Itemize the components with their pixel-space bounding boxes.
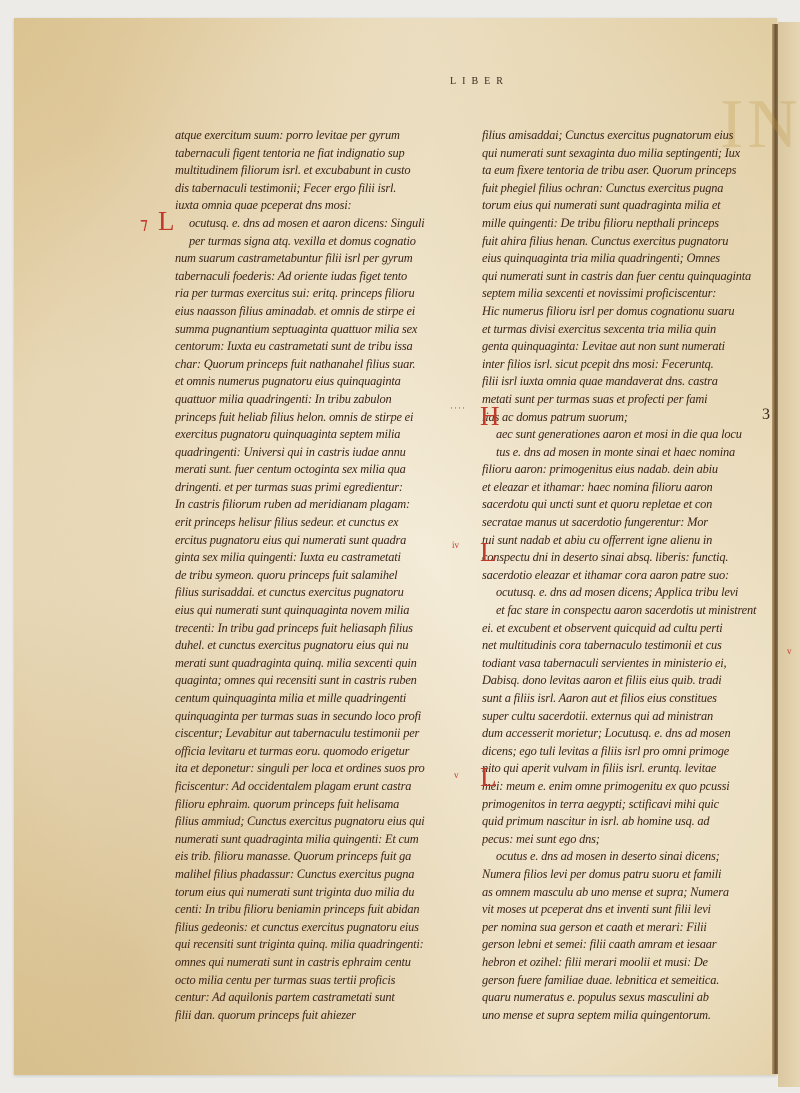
margin-ink-mark: 3 (762, 406, 770, 424)
text-line: fuit phegiel filius ochran: Cunctus exer… (482, 180, 762, 198)
text-line: filius ammiud; Cunctus exercitus pugnato… (175, 813, 465, 831)
text-line: centi: In tribu filioru beniamin princep… (175, 901, 465, 919)
text-line: Dabisq. dono levitas aaron et filiis eiu… (482, 672, 762, 690)
text-column-right: filius amisaddai; Cunctus exercitus pugn… (482, 127, 762, 1024)
text-line: nito qui aperit vulvam in filiis isrl. e… (482, 760, 762, 778)
running-head: LIBER (450, 76, 509, 87)
text-line: dicens; ego tuli levitas a filiis isrl p… (482, 743, 762, 761)
text-line: genta quinquaginta: Levitae aut non sunt… (482, 338, 762, 356)
text-line: ginta sex milia quingenti: Iuxta eu cast… (175, 549, 465, 567)
text-line: conspectu dni in deserto sinai absq. lib… (482, 549, 762, 567)
text-line: gerson fuere familiae duae. lebnitica et… (482, 972, 762, 990)
initial-H-right: H (480, 403, 500, 430)
text-line: filius gedeonis: et cunctus exercitus pu… (175, 919, 465, 937)
text-line: malihel filius phadassur: Cunctus exerci… (175, 866, 465, 884)
facing-page-edge (778, 22, 800, 1087)
text-line: et turmas divisi exercitus sexcenta tria… (482, 321, 762, 339)
text-line: ocutusq. e. dns ad mosen et aaron dicens… (175, 215, 465, 233)
text-line: quaru numeratus e. populus sexus masculi… (482, 989, 762, 1007)
text-line: summa pugnantium septuaginta quattuor mi… (175, 321, 465, 339)
text-line: net multitudinis cora tabernaculo testim… (482, 637, 762, 655)
text-line: et omnis numerus pugnatoru eius quinquag… (175, 373, 465, 391)
text-line: vit moses ut pceperat dns et inventi sun… (482, 901, 762, 919)
text-line: quaginta; omnes qui recensiti sunt in ca… (175, 672, 465, 690)
text-column-left: atque exercitum suum: porro levitae per … (175, 127, 465, 1024)
text-line: aec sunt generationes aaron et mosi in d… (482, 426, 762, 444)
text-line: uno mense et supra septem milia quingent… (482, 1007, 762, 1025)
text-line: num suarum castrametabuntur filii isrl p… (175, 250, 465, 268)
margin-mark-dots: ···· (450, 403, 466, 413)
text-line: quinquaginta per turmas suas in secundo … (175, 708, 465, 726)
margin-mark-v: v (454, 770, 459, 780)
text-line: centur: Ad aquilonis partem castrametati… (175, 989, 465, 1007)
initial-L-left: L (158, 208, 175, 235)
text-line: ria per turmas exercitus sui: eritq. pri… (175, 285, 465, 303)
text-line: septem milia sexcenti et novissimi profi… (482, 285, 762, 303)
text-line: lias ac domus patrum suorum; (482, 409, 762, 427)
text-line: filius amisaddai; Cunctus exercitus pugn… (482, 127, 762, 145)
text-line: exercitus pugnatoru quinquaginta septem … (175, 426, 465, 444)
text-line: ciscentur; Levabitur aut tabernaculu tes… (175, 725, 465, 743)
margin-mark-facing: v (787, 646, 792, 656)
text-line: fuit ahira filius henan. Cunctus exercit… (482, 233, 762, 251)
text-line: ei. et excubent et observent quicquid ad… (482, 620, 762, 638)
text-line: duhel. et cunctus exercitus pugnatoru ei… (175, 637, 465, 655)
text-line: dis tabernaculi testimonii; Fecer ergo f… (175, 180, 465, 198)
text-line: torum eius qui numerati sunt triginta du… (175, 884, 465, 902)
text-line: hebron et ozihel: filii merari moolii et… (482, 954, 762, 972)
text-line: multitudinem filiorum isrl. et excubabun… (175, 162, 465, 180)
text-line: eis trib. filioru manasse. Quorum prince… (175, 848, 465, 866)
text-line: erit princeps helisur filius sedeur. et … (175, 514, 465, 532)
text-line: princeps fuit heliab filius helon. omnis… (175, 409, 465, 427)
text-line: torum eius qui numerati sunt quadraginta… (482, 197, 762, 215)
text-line: ficiscentur: Ad occidentalem plagam erun… (175, 778, 465, 796)
margin-mark-iv: iv (452, 540, 459, 550)
text-line: tabernaculi figent tentoria ne fiat indi… (175, 145, 465, 163)
text-line: In castris filiorum ruben ad meridianam … (175, 496, 465, 514)
text-line: quattuor milia quadringenti: In tribu za… (175, 391, 465, 409)
text-line: metati sunt per turmas suas et profecti … (482, 391, 762, 409)
text-line: eius quinquaginta tria milia quadringent… (482, 250, 762, 268)
text-line: secratae manus ut sacerdotio fungerentur… (482, 514, 762, 532)
text-line: filioru aaron: primogenitus eius nadab. … (482, 461, 762, 479)
text-line: tus e. dns ad mosen in monte sinai et ha… (482, 444, 762, 462)
text-line: iuxta omnia quae pceperat dns mosi: (175, 197, 465, 215)
text-line: quid primum nascitur in isrl. ab homine … (482, 813, 762, 831)
text-line: mei: meum e. enim omne primogenitu ex qu… (482, 778, 762, 796)
text-line: pecus: mei sunt ego dns; (482, 831, 762, 849)
text-line: qui numerati sunt sexaginta duo milia se… (482, 145, 762, 163)
text-line: omnes qui numerati sunt in castris ephra… (175, 954, 465, 972)
text-line: atque exercitum suum: porro levitae per … (175, 127, 465, 145)
text-line: eius qui numerati sunt quinquaginta nove… (175, 602, 465, 620)
text-line: merati sunt quadraginta quinq. milia sex… (175, 655, 465, 673)
text-line: sacerdotu qui uncti sunt et quoru replet… (482, 496, 762, 514)
text-line: de tribu symeon. quoru princeps fuit sal… (175, 567, 465, 585)
text-line: eius naasson filius aminadab. et omnis d… (175, 303, 465, 321)
text-line: quadringenti: Universi qui in castris iu… (175, 444, 465, 462)
text-line: tabernaculi foederis: Ad oriente iudas f… (175, 268, 465, 286)
text-line: as omnem masculu ab uno mense et supra; … (482, 884, 762, 902)
text-line: filii dan. quorum princeps fuit ahiezer (175, 1007, 465, 1025)
text-line: dum accesserit morietur; Locutusq. e. dn… (482, 725, 762, 743)
text-line: ercitus pugnatoru eius qui numerati sunt… (175, 532, 465, 550)
text-line: inter filios isrl. sicut pcepit dns mosi… (482, 356, 762, 374)
text-line: qui recensiti sunt triginta quinq. milia… (175, 936, 465, 954)
text-line: centorum: Iuxta eu castrametati sunt de … (175, 338, 465, 356)
text-line: et fac stare in conspectu aaron sacerdot… (482, 602, 762, 620)
initial-L-right-2: L (480, 764, 497, 791)
text-line: sacerdotio eleazar et ithamar cora aaron… (482, 567, 762, 585)
text-line: primogenitos in terra aegypti; sctificav… (482, 796, 762, 814)
text-line: mille quingenti: De tribu filioru neptha… (482, 215, 762, 233)
text-line: trecenti: In tribu gad princeps fuit hel… (175, 620, 465, 638)
text-line: gerson lebni et semei: filii caath amram… (482, 936, 762, 954)
text-line: ocutusq. e. dns ad mosen dicens; Applica… (482, 584, 762, 602)
text-line: sunt a filiis isrl. Aaron aut et filios … (482, 690, 762, 708)
text-line: per turmas signa atq. vexilla et domus c… (175, 233, 465, 251)
text-line: filii isrl iuxta omnia quae mandaverat d… (482, 373, 762, 391)
text-line: tui sunt nadab et abiu cu offerrent igne… (482, 532, 762, 550)
initial-L-right-1: L (480, 539, 497, 566)
text-line: ocutus e. dns ad mosen in deserto sinai … (482, 848, 762, 866)
text-line: ta eum fixere tentoria de tribu aser. Qu… (482, 162, 762, 180)
text-line: officia levitaru et turmas eoru. quomodo… (175, 743, 465, 761)
text-line: filioru ephraim. quorum princeps fuit he… (175, 796, 465, 814)
text-line: octo milia centu per turmas suas tertii … (175, 972, 465, 990)
text-line: qui numerati sunt in castris dan fuer ce… (482, 268, 762, 286)
text-line: centum quinquaginta milia et mille quadr… (175, 690, 465, 708)
text-line: filius surisaddai. et cunctus exercitus … (175, 584, 465, 602)
text-line: ita et deponetur: singuli per loca et or… (175, 760, 465, 778)
text-line: dringenti. et per turmas suas primi egre… (175, 479, 465, 497)
text-line: merati sunt. fuer centum octoginta sex m… (175, 461, 465, 479)
text-line: et eleazar et ithamar: haec nomina filio… (482, 479, 762, 497)
text-line: per nomina sua gerson et caath et merari… (482, 919, 762, 937)
text-line: Hic numerus filioru isrl per domus cogna… (482, 303, 762, 321)
margin-mark-left: ⁊ (140, 214, 148, 234)
text-line: Numera filios levi per domus patru suoru… (482, 866, 762, 884)
text-line: char: Quorum princeps fuit nathanahel fi… (175, 356, 465, 374)
text-line: todiant vasa tabernaculi servientes in m… (482, 655, 762, 673)
text-line: numerati sunt quadraginta milia quingent… (175, 831, 465, 849)
text-line: super cultu sacerdotii. externus qui ad … (482, 708, 762, 726)
